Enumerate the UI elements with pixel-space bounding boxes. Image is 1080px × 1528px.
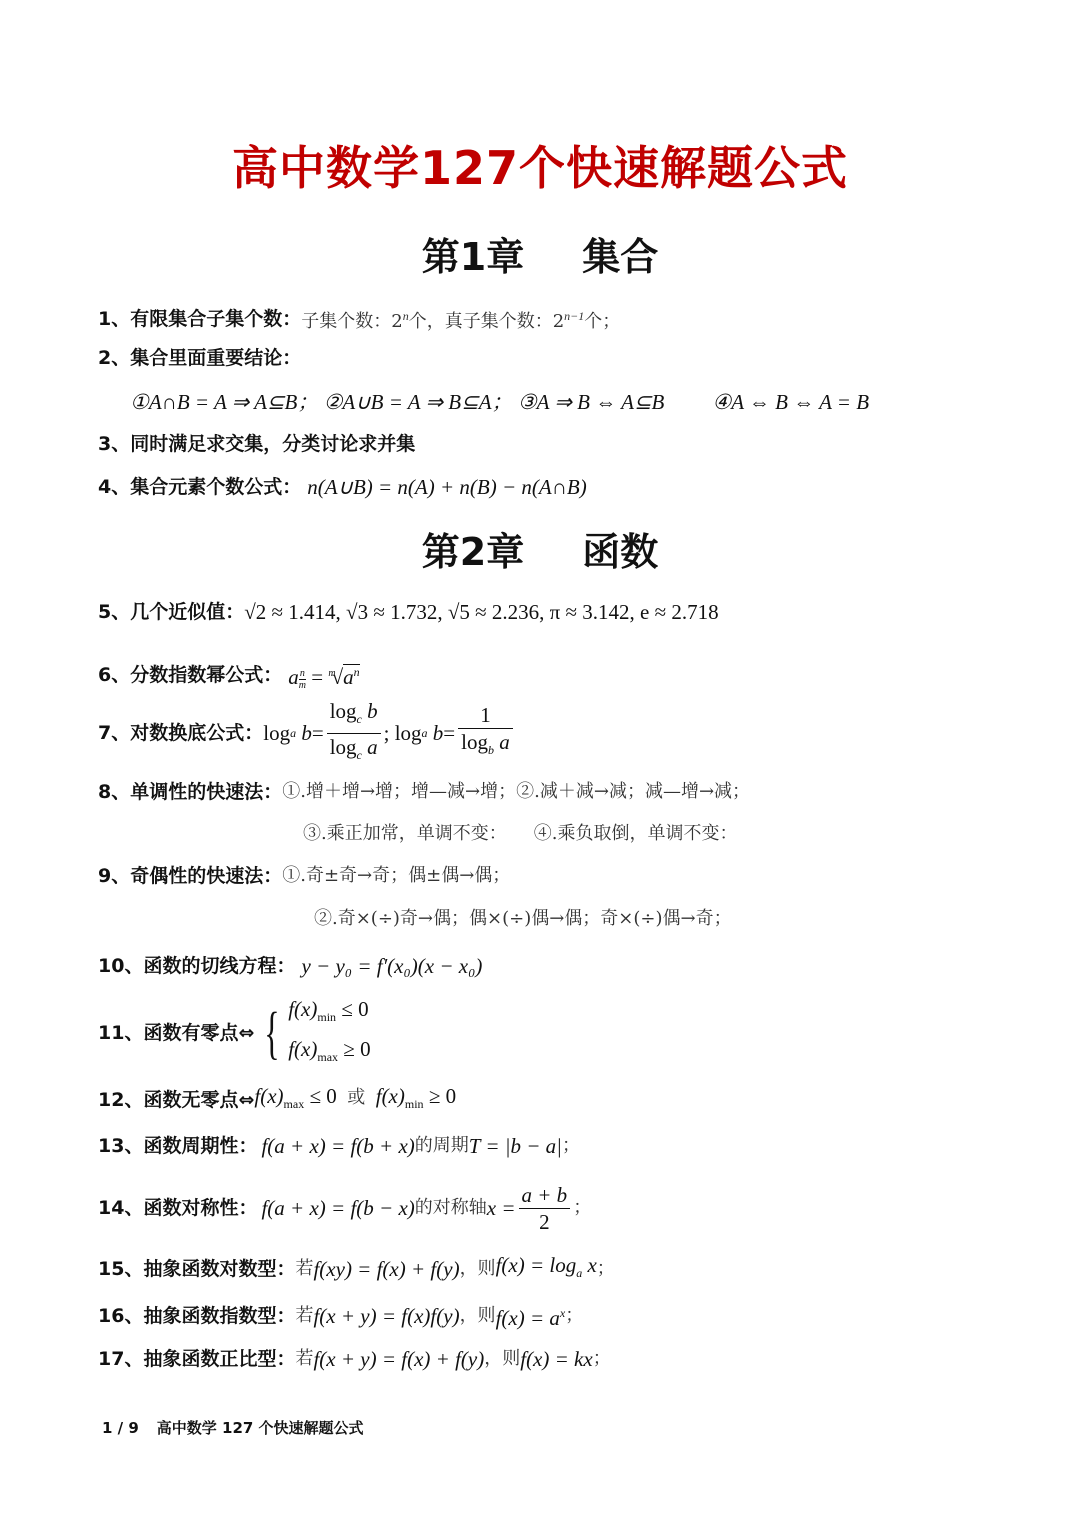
item-formula: y − y₀ = f′(x₀)(x − x₀) <box>301 952 482 980</box>
formula-item-17: 17、 抽象函数正比型： 若 f(x + y) = f(x) + f(y) ，则… <box>98 1345 611 1373</box>
item-end: ； <box>593 1345 611 1373</box>
formula-item-8: 8、 单调性的快速法： ①.增＋增→增；增—减→增；②.减＋减→减；减—增→减； <box>98 778 750 806</box>
conclusion-4: ④A ⇔ B ⇔ A = B <box>712 388 869 416</box>
item-number: 13、 <box>98 1132 143 1160</box>
item-number: 1、 <box>98 305 130 333</box>
item-number: 12、 <box>98 1086 143 1114</box>
item-text: 的周期 <box>415 1132 469 1160</box>
item-formula: f(a + x) = f(b + x) <box>261 1132 414 1160</box>
item-number: 11、 <box>98 1019 143 1047</box>
item-end: ； <box>597 1255 615 1283</box>
item-label: 有限集合子集个数： <box>130 305 301 333</box>
conclusion-2: ②A∪B = A ⇒ B⊆A； <box>324 388 513 416</box>
item-label: 集合里面重要结论： <box>130 344 301 372</box>
item-formula-cases: f(x)min ≤ 0 f(x)max ≥ 0 <box>288 993 370 1073</box>
set-conclusions: ①A∩B = A ⇒ A⊆B； ②A∪B = A ⇒ B⊆A； ③A ⇒ B ⇔… <box>130 388 869 416</box>
item-label: 函数周期性： <box>143 1132 257 1160</box>
item-number: 4、 <box>98 473 130 501</box>
formula-item-3: 3、 同时满足求交集，分类讨论求并集 <box>98 430 415 458</box>
item-label: 抽象函数对数型： <box>143 1255 295 1283</box>
item-number: 14、 <box>98 1194 143 1222</box>
formula-item-6: 6、 分数指数幂公式： anm = m√an <box>98 658 360 691</box>
item-label: 函数无零点⇔ <box>143 1086 254 1114</box>
formula-item-12: 12、 函数无零点⇔ f(x)max ≤ 0 或 f(x)min ≥ 0 <box>98 1082 456 1118</box>
item-text: ，则 <box>484 1345 520 1373</box>
item-label: 函数有零点⇔ <box>143 1019 254 1047</box>
formula-item-14: 14、 函数对称性： f(a + x) = f(b − x) 的对称轴 x = … <box>98 1182 591 1234</box>
item-text: 若 <box>295 1255 313 1283</box>
item-label: 集合元素个数公式： <box>130 473 301 501</box>
item-number: 17、 <box>98 1345 143 1373</box>
item-text: ，则 <box>460 1302 496 1330</box>
chapter-2-heading: 第2章函数 <box>0 521 1080 576</box>
item-label: 函数对称性： <box>143 1194 257 1222</box>
item-label: 奇偶性的快速法： <box>130 862 282 890</box>
item-formula: f(x)max ≤ 0 或 f(x)min ≥ 0 <box>254 1082 456 1118</box>
item-number: 7、 <box>98 719 130 747</box>
formula-item-7: 7、 对数换底公式： loga b= logc blogc a ; loga b… <box>98 703 516 763</box>
formula-item-9-line2: ②.奇×(÷)奇→偶；偶×(÷)偶→偶；奇×(÷)偶→奇； <box>314 905 732 933</box>
item-content: ①.奇±奇→奇；偶±偶→偶； <box>282 862 510 890</box>
formula-item-13: 13、 函数周期性： f(a + x) = f(b + x) 的周期 T = |… <box>98 1132 580 1160</box>
conclusion-3: ③A ⇒ B ⇔ A⊆B <box>518 388 665 416</box>
left-brace-icon: { <box>265 1004 280 1062</box>
item-label: 对数换底公式： <box>130 719 263 747</box>
item-end: ； <box>573 1194 591 1222</box>
formula-item-9: 9、 奇偶性的快速法： ①.奇±奇→奇；偶±偶→偶； <box>98 862 510 890</box>
chapter-number: 第1章 <box>422 235 524 279</box>
item-label: 分数指数幂公式： <box>130 661 282 689</box>
formula-item-4: 4、 集合元素个数公式： n(A∪B) = n(A) + n(B) − n(A∩… <box>98 473 587 501</box>
item-label: 抽象函数正比型： <box>143 1345 295 1373</box>
item-end: ； <box>562 1132 580 1160</box>
page-footer: 1 / 9高中数学 127 个快速解题公式 <box>102 1417 364 1438</box>
item-result: T = |b − a| <box>469 1132 562 1160</box>
item-formula: loga b= logc blogc a ; loga b= 1logb a <box>263 698 515 767</box>
item-content: ①.增＋增→增；增—减→增；②.减＋减→减；减—增→减； <box>282 778 750 806</box>
item-formula: f(xy) = f(x) + f(y) <box>313 1255 459 1283</box>
item-number: 5、 <box>98 598 130 626</box>
item-label: 抽象函数指数型： <box>143 1302 295 1330</box>
formula-item-10: 10、 函数的切线方程： y − y₀ = f′(x₀)(x − x₀) <box>98 952 482 980</box>
item-formula: f(x + y) = f(x) + f(y) <box>313 1345 484 1373</box>
item-text: 若 <box>295 1302 313 1330</box>
item-text: 的对称轴 <box>415 1194 487 1222</box>
item-label: 单调性的快速法： <box>130 778 282 806</box>
formula-item-5: 5、 几个近似值： √2 ≈ 1.414, √3 ≈ 1.732, √5 ≈ 2… <box>98 598 719 626</box>
item-number: 3、 <box>98 430 130 458</box>
item-content: 子集个数：2n个，真子集个数：2n−1个； <box>301 302 620 336</box>
item-number: 6、 <box>98 661 130 689</box>
item-number: 15、 <box>98 1255 143 1283</box>
item-label: 函数的切线方程： <box>143 952 295 980</box>
chapter-number: 第2章 <box>422 530 524 574</box>
footer-title: 高中数学 127 个快速解题公式 <box>157 1419 364 1437</box>
formula-item-2: 2、 集合里面重要结论： <box>98 344 301 372</box>
document-title: 高中数学127个快速解题公式 <box>0 132 1080 198</box>
formula-item-11: 11、 函数有零点⇔ { f(x)min ≤ 0 f(x)max ≥ 0 <box>98 1000 371 1066</box>
item-number: 9、 <box>98 862 130 890</box>
formula-item-15: 15、 抽象函数对数型： 若 f(xy) = f(x) + f(y) ，则 f(… <box>98 1251 615 1287</box>
formula-item-16: 16、 抽象函数指数型： 若 f(x + y) = f(x)f(y) ，则 f(… <box>98 1299 583 1332</box>
formula-item-1: 1、 有限集合子集个数： 子集个数：2n个，真子集个数：2n−1个； <box>98 302 620 336</box>
conclusion-1: ①A∩B = A ⇒ A⊆B； <box>130 388 318 416</box>
chapter-name: 函数 <box>582 530 658 574</box>
item-result: f(x) = loga x <box>496 1251 597 1287</box>
item-formula: √2 ≈ 1.414, √3 ≈ 1.732, √5 ≈ 2.236, π ≈ … <box>244 598 718 626</box>
item-formula: f(x + y) = f(x)f(y) <box>313 1302 459 1330</box>
item-number: 16、 <box>98 1302 143 1330</box>
item-result: f(x) = kx <box>520 1345 592 1373</box>
formula-item-8-line2: ③.乘正加常，单调不变： ④.乘负取倒，单调不变： <box>303 820 737 848</box>
fraction: a + b2 <box>519 1182 571 1235</box>
page-indicator: 1 / 9 <box>102 1419 139 1437</box>
item-result: f(x) = ax <box>496 1299 566 1332</box>
item-label: 几个近似值： <box>130 598 244 626</box>
chapter-1-heading: 第1章集合 <box>0 226 1080 281</box>
item-result: x = <box>487 1194 516 1222</box>
item-text: 若 <box>295 1345 313 1373</box>
item-formula: anm = m√an <box>288 658 359 691</box>
item-number: 2、 <box>98 344 130 372</box>
chapter-name: 集合 <box>582 235 658 279</box>
item-label: 同时满足求交集，分类讨论求并集 <box>130 430 415 458</box>
item-number: 10、 <box>98 952 143 980</box>
item-end: ； <box>565 1302 583 1330</box>
item-formula: n(A∪B) = n(A) + n(B) − n(A∩B) <box>307 473 586 501</box>
item-number: 8、 <box>98 778 130 806</box>
item-formula: f(a + x) = f(b − x) <box>261 1194 414 1222</box>
item-text: ，则 <box>460 1255 496 1283</box>
